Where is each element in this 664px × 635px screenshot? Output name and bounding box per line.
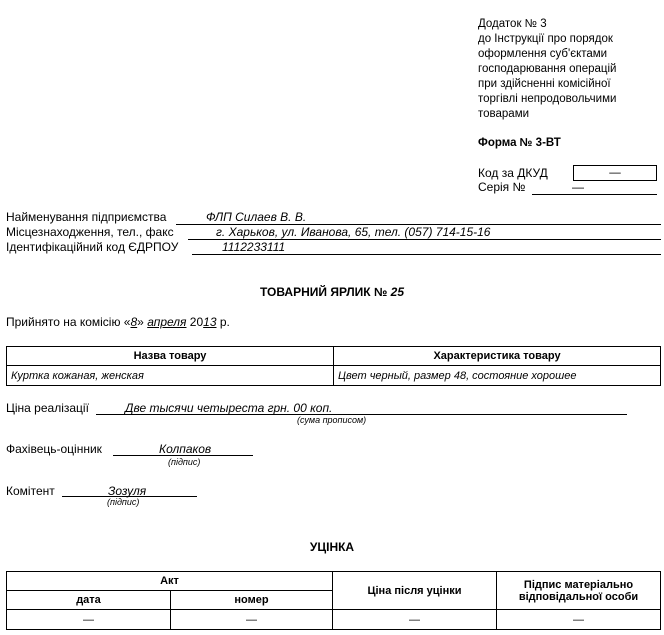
act-number-cell: — (171, 610, 333, 630)
goods-table-header: Назва товару Характеристика товару (7, 347, 661, 366)
label-number: 25 (391, 285, 404, 299)
price-label: Ціна реалізації (6, 401, 89, 415)
consignor-hint: (підпис) (107, 497, 139, 507)
act-date-header: дата (7, 591, 171, 610)
accepted-prefix: Прийнято на комісію « (6, 315, 130, 329)
accepted-month: апреля (147, 315, 186, 329)
price-after-markdown-cell: — (333, 610, 497, 630)
accepted-year-prefix: 20 (186, 315, 203, 329)
price-hint: (сума прописом) (297, 415, 366, 425)
appendix-line: до Інструкції про порядок (478, 32, 664, 47)
act-header: Акт (7, 572, 333, 591)
appendix-line: оформлення суб'єктами (478, 47, 664, 62)
appendix-line: торгівлі непродовольчими (478, 92, 664, 107)
appendix-line: при здійсненні комісійної (478, 77, 664, 92)
enterprise-code-underline (192, 254, 661, 255)
consignor-label: Комітент (6, 484, 55, 498)
markdown-table: Акт Ціна після уцінки Підпис матеріально… (6, 571, 661, 630)
goods-characteristics-cell: Цвет черный, размер 48, состояние хороше… (334, 366, 661, 386)
markdown-header-row: Акт Ціна після уцінки Підпис матеріально… (7, 572, 661, 591)
table-row: Куртка кожаная, женская Цвет черный, раз… (7, 366, 661, 386)
goods-name-cell: Куртка кожаная, женская (7, 366, 334, 386)
goods-characteristics-header: Характеристика товару (334, 347, 661, 366)
table-row: — — — — (7, 610, 661, 630)
dkud-field: — (573, 165, 657, 181)
appendix-line: господарювання операцій (478, 62, 664, 77)
appraiser-label: Фахівець-оцінник (6, 442, 102, 456)
enterprise-name-value: ФЛП Силаев В. В. (206, 210, 306, 224)
form-number: Форма № 3-ВТ (478, 137, 561, 149)
document-title: ТОВАРНИЙ ЯРЛИК № 25 (0, 285, 664, 299)
series-underline (532, 194, 657, 195)
act-date-cell: — (7, 610, 171, 630)
series-value: — (572, 180, 584, 194)
appraiser-hint: (підпис) (168, 457, 200, 467)
goods-name-header: Назва товару (7, 347, 334, 366)
signature-header: Підпис матеріально відповідальної особи (497, 572, 661, 610)
series-label: Серія № (478, 180, 525, 194)
title-text: ТОВАРНИЙ ЯРЛИК № (260, 285, 387, 299)
price-value: Две тысячи четыреста грн. 00 коп. (125, 401, 332, 415)
accepted-mid: » (137, 315, 147, 329)
appraiser-signature: Колпаков (159, 442, 211, 456)
enterprise-location-value: г. Харьков, ул. Иванова, 65, тел. (057) … (216, 225, 490, 239)
appendix-line: товарами (478, 107, 664, 122)
markdown-title: УЦІНКА (0, 540, 664, 554)
goods-table: Назва товару Характеристика товару Куртк… (6, 346, 661, 386)
appendix-line: Додаток № 3 (478, 17, 664, 32)
accepted-suffix: р. (217, 315, 230, 329)
enterprise-code-label: Ідентифікаційний код ЄДРПОУ (6, 240, 178, 254)
consignor-signature: Зозуля (108, 484, 146, 498)
accepted-year-suffix: 13 (203, 315, 216, 329)
accepted-date: Прийнято на комісію «8» апреля 2013 р. (6, 315, 230, 329)
enterprise-location-label: Місцезнаходження, тел., факс (6, 225, 174, 239)
enterprise-name-label: Найменування підприємства (6, 210, 166, 224)
act-number-header: номер (171, 591, 333, 610)
dkud-label: Код за ДКУД (478, 166, 548, 180)
appendix-note: Додаток № 3 до Інструкції про порядок оф… (478, 17, 664, 122)
price-after-markdown-header: Ціна після уцінки (333, 572, 497, 610)
enterprise-code-value: 1112233111 (222, 240, 285, 254)
signature-cell: — (497, 610, 661, 630)
